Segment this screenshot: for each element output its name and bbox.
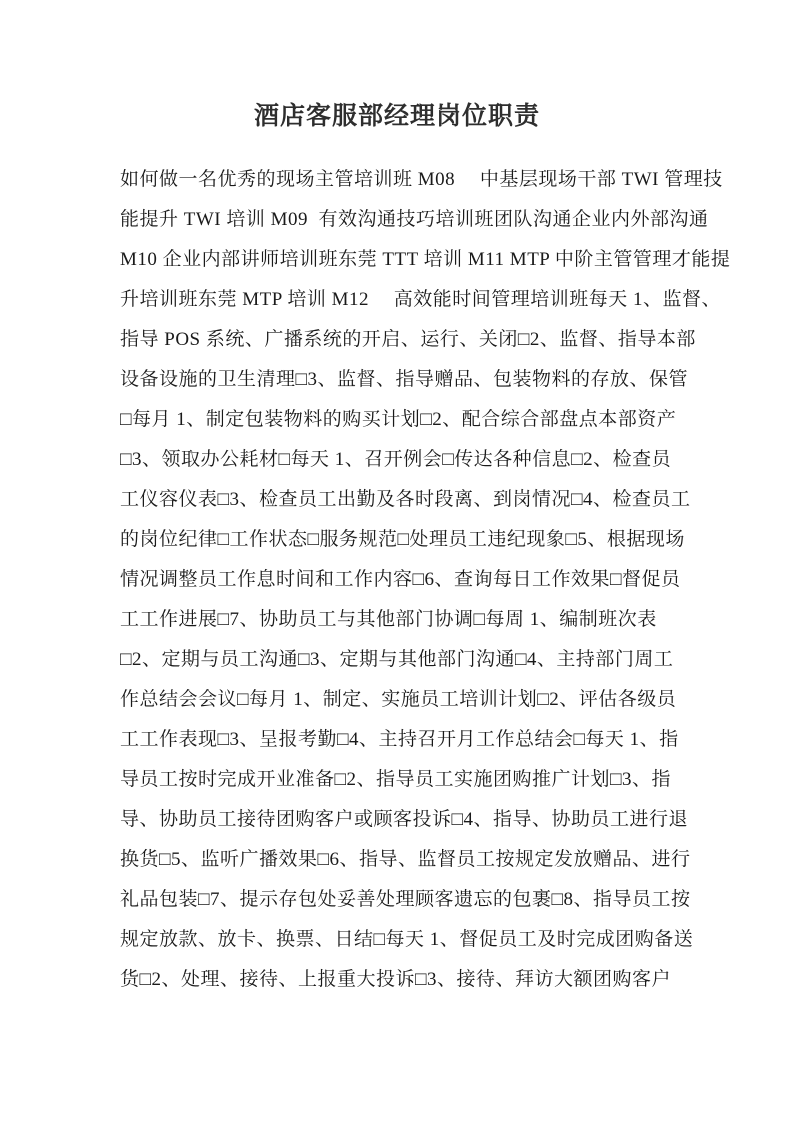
text-line: 指导 POS 系统、广播系统的开启、运行、关闭□2、监督、指导本部 <box>120 320 686 360</box>
text-line: 规定放款、放卡、换票、日结□每天 1、督促员工及时完成团购备送 <box>120 920 686 960</box>
document-title: 酒店客服部经理岗位职责 <box>0 96 794 132</box>
text-line: 导、协助员工接待团购客户或顾客投诉□4、指导、协助员工进行退 <box>120 800 686 840</box>
text-line: 换货□5、监听广播效果□6、指导、监督员工按规定发放赠品、进行 <box>120 840 686 880</box>
text-line: □3、领取办公耗材□每天 1、召开例会□传达各种信息□2、检查员 <box>120 440 686 480</box>
text-line: 情况调整员工作息时间和工作内容□6、查询每日工作效果□督促员 <box>120 560 686 600</box>
text-line: □2、定期与员工沟通□3、定期与其他部门沟通□4、主持部门周工 <box>120 640 686 680</box>
text-line: 礼品包装□7、提示存包处妥善处理顾客遗忘的包裹□8、指导员工按 <box>120 880 686 920</box>
text-line: M10 企业内部讲师培训班东莞 TTT 培训 M11 MTP 中阶主管管理才能提 <box>120 240 686 280</box>
text-line: 工工作进展□7、协助员工与其他部门协调□每周 1、编制班次表 <box>120 600 686 640</box>
text-line: 作总结会会议□每月 1、制定、实施员工培训计划□2、评估各级员 <box>120 680 686 720</box>
text-line: 升培训班东莞 MTP 培训 M12 高效能时间管理培训班每天 1、监督、 <box>120 280 686 320</box>
text-line: 设备设施的卫生清理□3、监督、指导赠品、包装物料的存放、保管 <box>120 360 686 400</box>
document-page: 酒店客服部经理岗位职责 如何做一名优秀的现场主管培训班 M08 中基层现场干部 … <box>0 0 794 1123</box>
text-line: 如何做一名优秀的现场主管培训班 M08 中基层现场干部 TWI 管理技 <box>120 160 686 200</box>
document-body: 如何做一名优秀的现场主管培训班 M08 中基层现场干部 TWI 管理技能提升 T… <box>120 160 686 1000</box>
text-line: 的岗位纪律□工作状态□服务规范□处理员工违纪现象□5、根据现场 <box>120 520 686 560</box>
text-line: 能提升 TWI 培训 M09 有效沟通技巧培训班团队沟通企业内外部沟通 <box>120 200 686 240</box>
text-line: 导员工按时完成开业准备□2、指导员工实施团购推广计划□3、指 <box>120 760 686 800</box>
text-line: □每月 1、制定包装物料的购买计划□2、配合综合部盘点本部资产 <box>120 400 686 440</box>
text-line: 货□2、处理、接待、上报重大投诉□3、接待、拜访大额团购客户 <box>120 960 686 1000</box>
text-line: 工工作表现□3、呈报考勤□4、主持召开月工作总结会□每天 1、指 <box>120 720 686 760</box>
text-line: 工仪容仪表□3、检查员工出勤及各时段离、到岗情况□4、检查员工 <box>120 480 686 520</box>
